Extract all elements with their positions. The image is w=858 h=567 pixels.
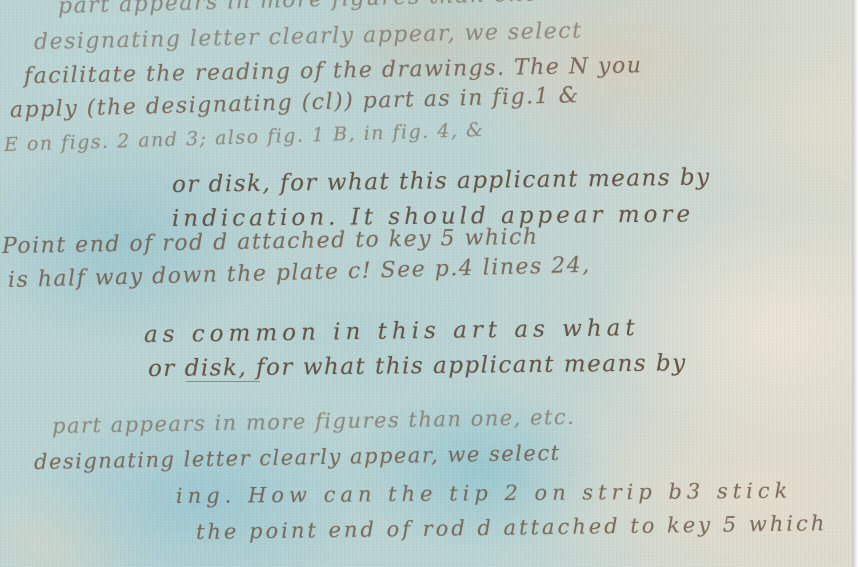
manuscript-line-4: apply (the designating (cl)) part as in … <box>10 83 580 123</box>
manuscript-paper-texture: part appears in more figures than one de… <box>0 0 852 567</box>
manuscript-line-6: or disk, for what this applicant means b… <box>172 164 711 198</box>
manuscript-line-5: E on figs. 2 and 3; also fig. 1 B, in fi… <box>4 119 485 156</box>
manuscript-line-14: ing. How can the tip 2 on strip b3 stick <box>176 479 793 508</box>
underline-mark <box>186 381 260 382</box>
page-edge-shadow <box>852 0 858 567</box>
manuscript-line-9: is half way down the plate c! See p.4 li… <box>8 253 591 293</box>
manuscript-line-8: Point end of rod d attached to key 5 whi… <box>2 225 539 259</box>
manuscript-line-2: designating letter clearly appear, we se… <box>34 19 583 55</box>
manuscript-line-11: or disk, for what this applicant means b… <box>148 350 687 382</box>
manuscript-line-12: part appears in more figures than one, e… <box>52 405 576 438</box>
manuscript-line-10: as common in this art as what <box>144 315 640 348</box>
manuscript-line-13: designating letter clearly appear, we se… <box>34 441 561 474</box>
manuscript-line-15: the point end of rod d attached to key 5… <box>196 511 828 544</box>
manuscript-line-1: part appears in more figures than one <box>58 0 540 19</box>
